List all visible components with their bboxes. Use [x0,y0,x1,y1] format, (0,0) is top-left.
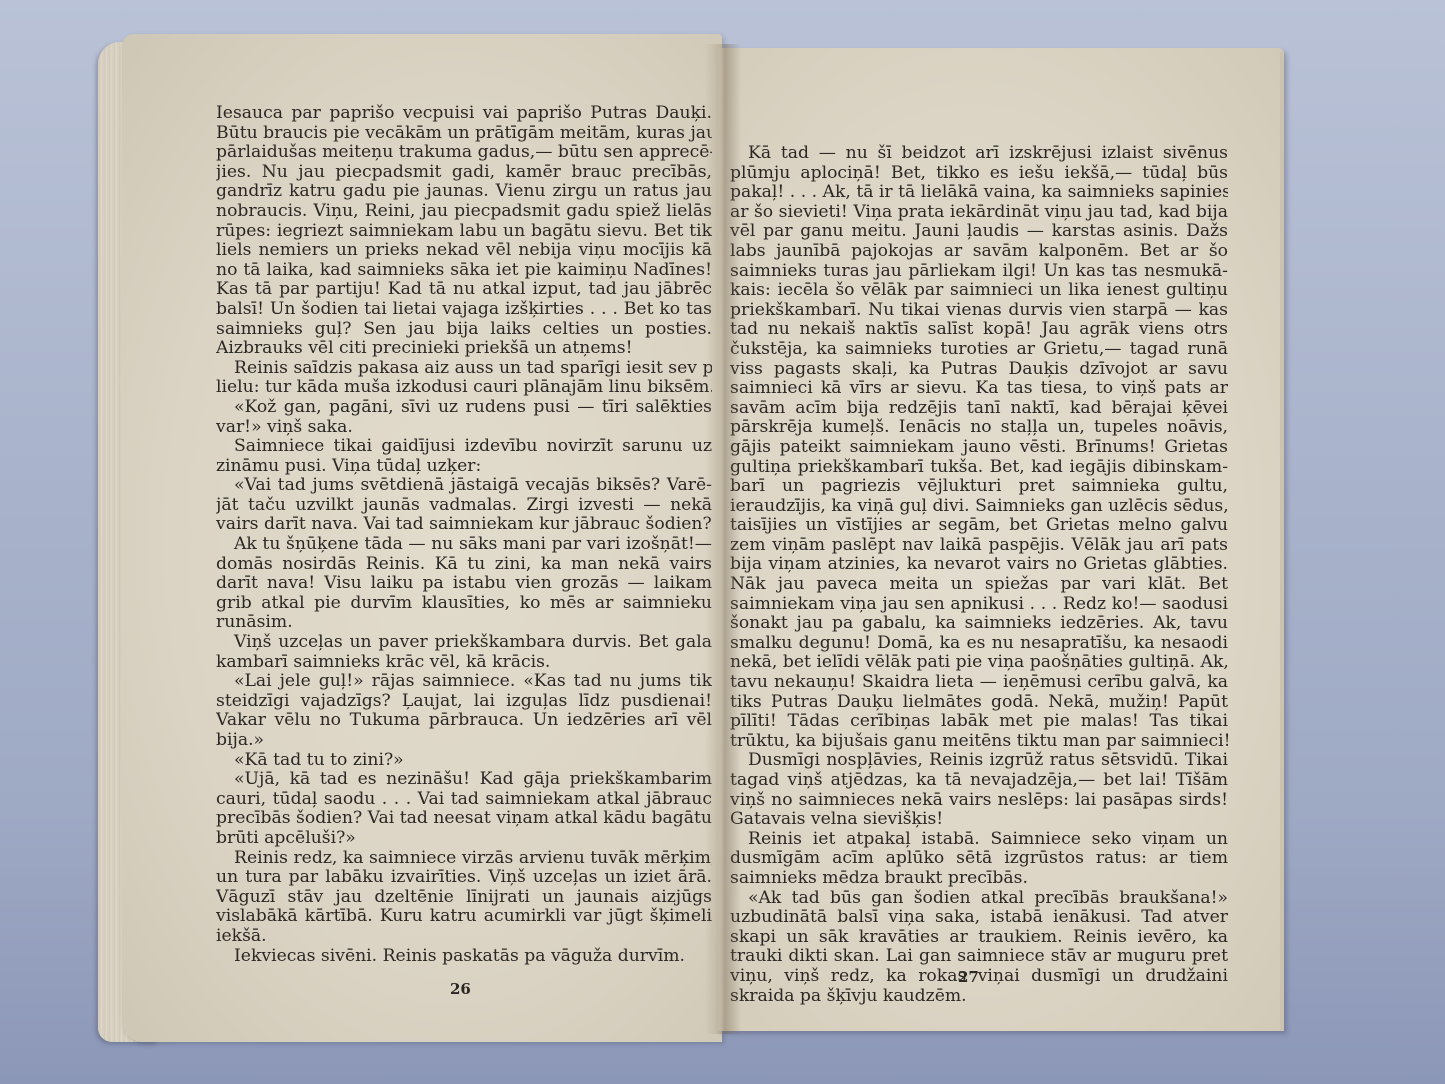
text-line: un tura par labāku izvairīties. Viņš uzc… [216,868,712,888]
text-line: čukstēja, ka saimnieks turoties ar Griet… [730,340,1228,360]
text-line: «Lai jele guļ!» rājas saimniece. «Kas ta… [216,672,712,692]
text-line: Kā tad — nu šī beidzot arī izskrējusi iz… [730,144,1228,164]
text-line: var!» viņš saka. [216,418,712,438]
text-line: vislabākā kārtībā. Kuru katru acumirkli … [216,907,712,927]
text-line: zem viņām paslēpt nav laikā paspējis. Vē… [730,536,1228,556]
text-line: brūti apcēluši?» [216,829,712,849]
text-line: smalku degunu! Domā, ka es nu nesapratīš… [730,634,1228,654]
text-line: steidzīgi vajadzīgs? Ļaujat, lai izguļas… [216,692,712,712]
right-page-text: Kā tad — nu šī beidzot arī izskrējusi iz… [730,144,1228,1006]
text-line: zināmu pusi. Viņa tūdaļ uzķer: [216,457,712,477]
text-line: «Kā tad tu to zini?» [216,751,712,771]
text-line: vēl par ganu meitu. Jauni ļaudis — karst… [730,222,1228,242]
text-line: rūpes: iegriezt saimniekam labu un bagāt… [216,222,712,242]
text-line: nekā, bet ielīdi vēlāk pati pie viņa pao… [730,653,1228,673]
text-line: iekšā. [216,927,712,947]
text-line: no tā laika, kad saimnieks sāka iet pie … [216,261,712,281]
text-line: tavu nekauņu! Skaidra lieta — ieņēmusi c… [730,673,1228,693]
text-line: lielu: tur kāda muša izkodusi cauri plān… [216,378,712,398]
text-line: Ak tu šņūķene tāda — nu sāks mani par va… [216,535,712,555]
text-line: pakaļ! . . . Ak, tā ir tā lielākā vaina,… [730,183,1228,203]
text-line: dusmīgām acīm aplūko sētā izgrūstos ratu… [730,849,1228,869]
text-line: pīlīti! Tādas cerībiņas labāk met pie ma… [730,712,1228,732]
text-line: skraida pa šķīvju kaudzēm. [730,987,1228,1007]
text-line: Reinis redz, ka saimniece virzās arvienu… [216,849,712,869]
text-line: domās nosirdās Reinis. Kā tu zini, ka ma… [216,555,712,575]
right-page-edge [1280,52,1284,1030]
text-line: cauri, tūdaļ saodu . . . Vai tad saimnie… [216,790,712,810]
text-line: viņu, viņš redz, ka rokas viņai dusmīgi … [730,967,1228,987]
text-line: viss pagasts skaļi, ka Putras Dauķis dzī… [730,360,1228,380]
text-line: skapi un sāk kravāties ar traukiem. Rein… [730,928,1228,948]
text-line: pārskrēja kumeļš. Ienācis no staļļa un, … [730,418,1228,438]
text-line: Viņš uzceļas un paver priekškambara durv… [216,633,712,653]
text-line: gājis pateikt saimniekam jauno vēsti. Br… [730,438,1228,458]
text-line: «Vai tad jums svētdienā jāstaigā vecajās… [216,476,712,496]
text-line: saimnieks guļ? Sen jau bija laiks celtie… [216,320,712,340]
text-line: pārlaidušas meiteņu trakuma gadus,— būtu… [216,143,712,163]
text-line: Būtu braucis pie vecākām un prātīgām mei… [216,124,712,144]
text-line: saimnieks mēdza braukt precībās. [730,869,1228,889]
text-line: «Ūjā, kā tad es nezināšu! Kad gāja priek… [216,770,712,790]
text-line: Saimniece tikai gaidījusi izdevību novir… [216,437,712,457]
text-line: nobraucis. Viņu, Reini, jau piecpadsmit … [216,202,712,222]
text-line: jāt taču uzvilkt jaunās vadmalas. Zirgi … [216,496,712,516]
text-line: Aizbrauks vēl citi precinieki priekšā un… [216,339,712,359]
text-line: Vakar vēlu no Tukuma pārbrauca. Un iedzē… [216,711,712,731]
text-line: plūmju aplociņā! Bet, tikko es iešu iekš… [730,164,1228,184]
text-line: taisījies un vīstījies ar segām, bet Gri… [730,516,1228,536]
left-page-number: 26 [450,980,471,998]
left-page-text: Iesauca par paprišo vecpuisi vai paprišo… [216,104,712,966]
text-line: priekškambarī. Nu tikai vienas durvis vi… [730,301,1228,321]
text-line: Kas tā par partiju! Kad tā nu atkal izpu… [216,280,712,300]
text-line: precībās šodien? Vai tad neesat viņam at… [216,809,712,829]
text-line: ieraudzījis, ka viņā guļ divi. Saimnieks… [730,497,1228,517]
text-line: kais: iecēla šo vēlāk par saimnieci un l… [730,281,1228,301]
text-line: Reinis saīdzis pakasa aiz auss un tad sp… [216,359,712,379]
text-line: gultiņa priekškambarī tukša. Bet, kad ie… [730,458,1228,478]
text-line: bija.» [216,731,712,751]
text-line: Nāk jau paveca meita un spiežas par vari… [730,575,1228,595]
text-line: «Kož gan, pagāni, sīvi uz rudens pusi — … [216,398,712,418]
text-line: ar šo sievieti! Viņa prata iekārdināt vi… [730,203,1228,223]
text-line: «Ak tad būs gan šodien atkal precībās br… [730,889,1228,909]
text-line: vairs darīt nava. Vai tad saimniekam kur… [216,515,712,535]
text-line: liels nemiers un prieks nekad vēl nebija… [216,241,712,261]
right-page-number: 27 [958,968,979,986]
text-line: Reinis iet atpakaļ istabā. Saimniece sek… [730,830,1228,850]
text-line: Gatavais velna sievišķis! [730,810,1228,830]
text-line: trauki dikti skan. Lai gan saimniece stā… [730,947,1228,967]
text-line: uzbudinātā balsī viņa saka, istabā ienāk… [730,908,1228,928]
text-line: Iesauca par paprišo vecpuisi vai paprišo… [216,104,712,124]
text-line: gandrīz katru gadu pie jaunas. Vienu zir… [216,182,712,202]
text-line: saimnieci kā vīrs ar sievu. Ka tas tiesa… [730,379,1228,399]
text-line: Dusmīgi nospļāvies, Reinis izgrūž ratus … [730,751,1228,771]
text-line: šonakt jau pa gabalu, ka saimnieks iedzē… [730,614,1228,634]
text-line: darīt nava! Visu laiku pa istabu vien gr… [216,574,712,594]
text-line: barī un pagriezis vējlukturi pret saimni… [730,477,1228,497]
text-line: bija viņam atzinies, ka nevarot vairs no… [730,555,1228,575]
text-line: tiks Putras Dauķu lielmātes godā. Nekā, … [730,693,1228,713]
text-line: tad nu nekaiš naktīs salīst kopā! Jau ag… [730,320,1228,340]
text-line: Iekviecas sivēni. Reinis paskatās pa vāg… [216,947,712,967]
text-line: balsī! Un šodien tai lietai vajaga izšķi… [216,300,712,320]
text-line: saimnieks turas jau pārliekam ilgi! Un k… [730,262,1228,282]
text-line: grib atkal pie durvīm klausīties, ko mēs… [216,594,712,614]
text-line: runāsim. [216,613,712,633]
text-line: jies. Nu jau piecpadsmit gadi, kamēr bra… [216,163,712,183]
text-line: tagad viņš atjēdzas, ka tā nevajadzēja,—… [730,771,1228,791]
text-line: Vāguzī stāv jau dzeltēnie līnijrati un j… [216,888,712,908]
text-line: saimniekam viņa jau sen apnikusi . . . R… [730,595,1228,615]
text-line: trūktu, ka bijušais ganu meitēns tiktu m… [730,732,1228,752]
text-line: savām acīm bija redzējis tanī naktī, kad… [730,399,1228,419]
text-line: kambarī saimnieks krāc vēl, kā krācis. [216,653,712,673]
text-line: labs jaunībā pajokojas ar savām kalponēm… [730,242,1228,262]
text-line: viņš no saimnieces nekā vairs neslēps: l… [730,791,1228,811]
